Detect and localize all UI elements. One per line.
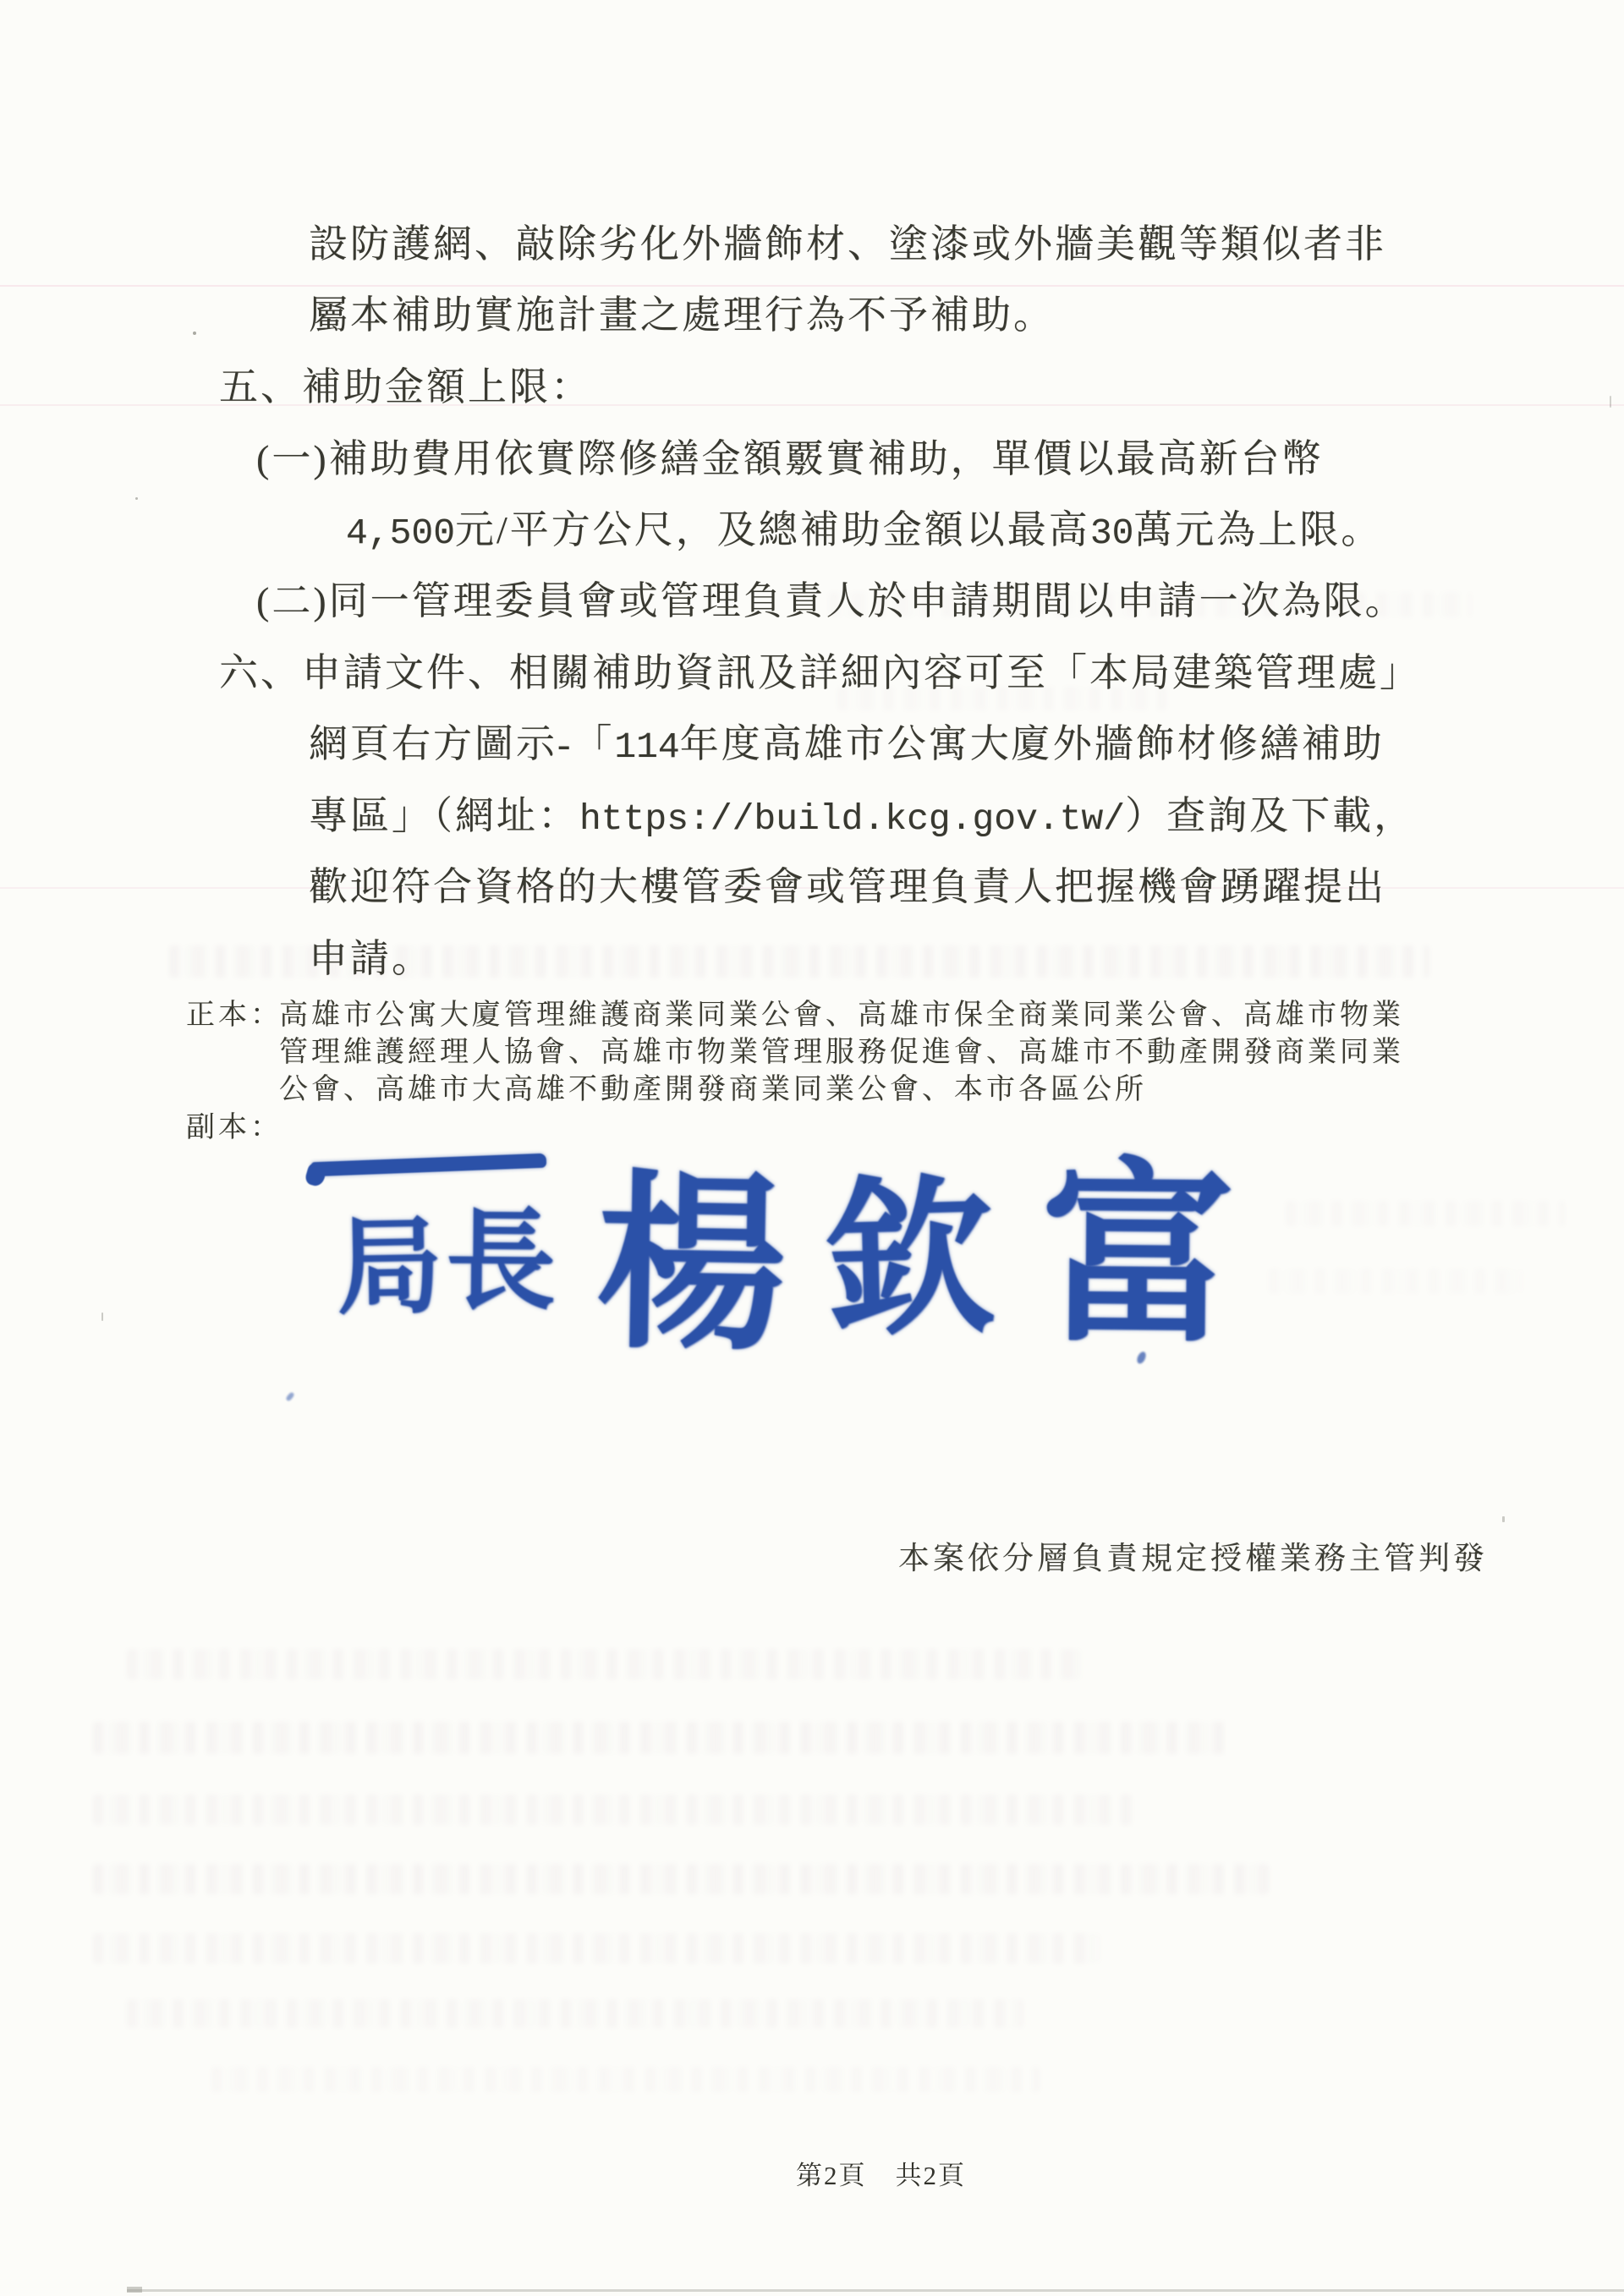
scan-speck xyxy=(135,497,138,500)
authorization-note: 本案依分層負責規定授權業務主管判發 xyxy=(898,1532,1488,1578)
body-line-8-text2: 年度高雄市公寓大廈外牆飾材修繕補助 xyxy=(680,722,1385,765)
body-line-11: 申請。 xyxy=(309,928,433,984)
original-recipients-line-2: 管理維護經理人協會、高雄市物業管理服務促進會、高雄市不動產開發商業同業 xyxy=(279,1028,1404,1070)
bleed-through-text xyxy=(93,1722,1235,1754)
body-line-9: 專區」（網址：https://build.kcg.gov.tw/）查詢及下載， xyxy=(309,785,1415,841)
body-line-5: 4,500元/平方公尺，及總補助金額以最高30萬元為上限。 xyxy=(346,499,1382,555)
scan-bottom-edge xyxy=(127,2289,1624,2292)
body-line-10: 歡迎符合資格的大樓管委會或管理負責人把握機會踴躍提出 xyxy=(309,856,1386,912)
body-line-9-text: 專區」（網址： xyxy=(309,794,579,837)
original-recipients-line-3: 公會、高雄市大高雄不動產開發商業同業公會、本市各區公所 xyxy=(279,1066,1147,1107)
scan-speck xyxy=(193,332,196,335)
body-line-5-amount: 4,500 xyxy=(346,512,455,554)
bleed-through-text xyxy=(93,1795,1133,1825)
footer-page-label: 第2頁 xyxy=(796,2161,867,2190)
scanned-document-page: 設防護網、敲除劣化外牆飾材、塗漆或外牆美觀等類似者非 屬本補助實施計畫之處理行為… xyxy=(0,0,1624,2296)
bleed-through-text xyxy=(93,1864,1269,1894)
bleed-through-text xyxy=(127,1999,1023,2028)
stamp-title-char-ju: 局 xyxy=(336,1215,443,1323)
bleed-through-text xyxy=(1269,1269,1522,1294)
body-line-8: 網頁右方圖示-「114年度高雄市公寓大廈外牆飾材修繕補助 xyxy=(309,713,1385,769)
stamp-name-char-yang: 楊 xyxy=(595,1170,788,1363)
body-line-9-url: https://build.kcg.gov.tw/ xyxy=(579,798,1125,840)
body-line-5-amount2: 30 xyxy=(1090,512,1134,554)
stamp-title-char-zhang: 長 xyxy=(445,1207,556,1318)
body-line-6: (二)同一管理委員會或管理負責人於申請期間以申請一次為限。 xyxy=(256,570,1407,626)
body-line-1: 設防護網、敲除劣化外牆飾材、塗漆或外牆美觀等類似者非 xyxy=(309,213,1386,269)
original-recipients-line-1: 高雄市公寓大廈管理維護商業同業公會、高雄市保全商業同業公會、高雄市物業 xyxy=(279,991,1404,1033)
footer-total-label: 共2頁 xyxy=(896,2161,967,2190)
stamp-name-char-fu: 富 xyxy=(1040,1159,1236,1356)
body-line-5-text2: 萬元為上限。 xyxy=(1133,508,1382,551)
body-line-8-year: 114 xyxy=(614,726,679,768)
bleed-through-text xyxy=(211,2067,1040,2092)
scan-speck xyxy=(1610,396,1611,408)
scan-speck xyxy=(1502,1516,1505,1522)
body-line-7: 六、申請文件、相關補助資訊及詳細內容可至「本局建築管理處」 xyxy=(219,642,1421,698)
page-footer: 第2頁共2頁 xyxy=(796,2154,966,2192)
copy-recipients-label: 副本： xyxy=(186,1104,283,1145)
body-line-9-text2: ）查詢及下載， xyxy=(1125,794,1415,837)
body-line-8-text: 網頁右方圖示-「 xyxy=(309,722,614,765)
stamp-brush-stroke xyxy=(311,1153,546,1177)
body-line-4: (一)補助費用依實際修繕金額覈實補助，單價以最高新台幣 xyxy=(256,428,1324,484)
scan-bottom-tick xyxy=(127,2287,142,2293)
body-line-2: 屬本補助實施計畫之處理行為不予補助。 xyxy=(309,284,1055,340)
stamp-ink-drip xyxy=(285,1391,295,1401)
body-line-5-text: 元/平方公尺，及總補助金額以最高 xyxy=(455,508,1090,551)
bleed-through-text xyxy=(127,1649,1083,1680)
body-line-3: 五、補助金額上限： xyxy=(219,356,592,412)
stamp-name-char-chin: 欽 xyxy=(822,1175,996,1348)
bleed-through-text xyxy=(1286,1201,1565,1226)
original-recipients-label: 正本： xyxy=(186,991,283,1033)
scan-speck xyxy=(101,1312,103,1321)
bleed-through-text xyxy=(93,1933,1100,1964)
